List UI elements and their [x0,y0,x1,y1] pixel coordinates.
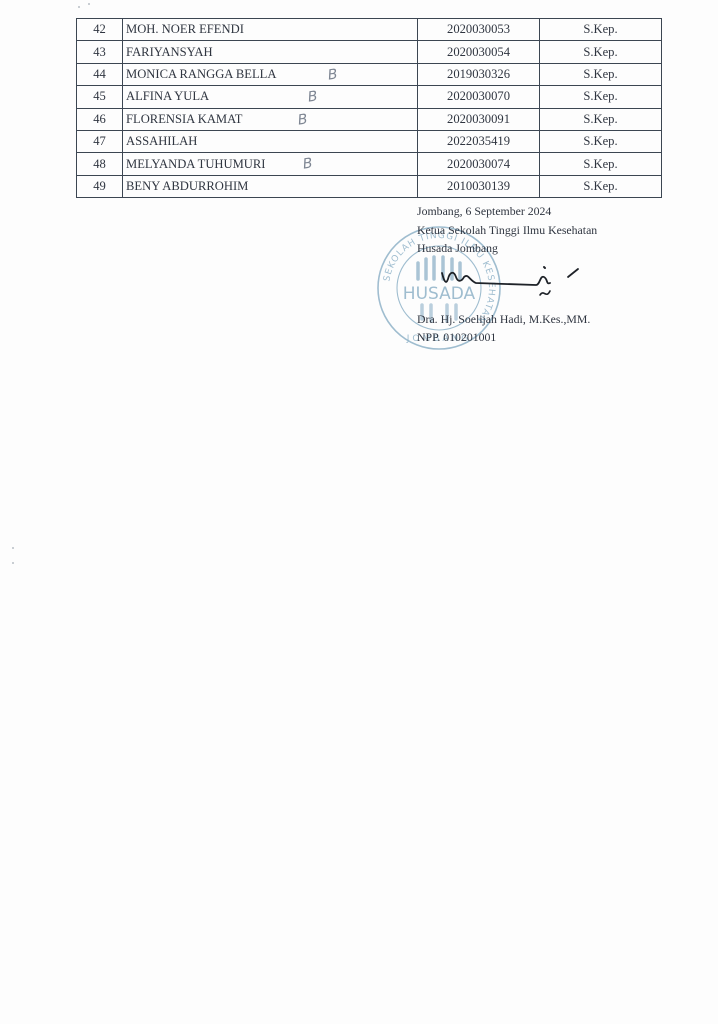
row-number: 48 [77,153,123,175]
degree-text: S.Kep. [583,67,617,81]
student-id-text: 2020030091 [447,112,510,126]
degree: S.Kep. [540,86,662,108]
student-id-text: 2020030054 [447,45,510,59]
student-name: ALFINA YULAB [123,86,418,108]
row-number-text: 49 [93,179,106,193]
degree: S.Kep. [540,108,662,130]
position-title: Ketua Sekolah Tinggi Ilmu Kesehatan [417,221,597,240]
student-name: FLORENSIA KAMATB [123,108,418,130]
student-id: 2019030326 [418,63,540,85]
degree: S.Kep. [540,175,662,197]
student-id: 2022035419 [418,130,540,152]
student-name-text: FLORENSIA KAMAT [126,112,243,126]
scan-speck [12,547,14,549]
table-row: 44MONICA RANGGA BELLAB2019030326S.Kep. [77,63,662,85]
row-number-text: 45 [93,89,106,103]
row-number-text: 47 [93,134,106,148]
student-id: 2010030139 [418,175,540,197]
degree-text: S.Kep. [583,22,617,36]
degree-text: S.Kep. [583,89,617,103]
table-row: 43FARIYANSYAH2020030054S.Kep. [77,41,662,63]
row-number: 43 [77,41,123,63]
student-name: BENY ABDURROHIM [123,175,418,197]
degree-text: S.Kep. [583,45,617,59]
degree: S.Kep. [540,153,662,175]
student-name-text: MOH. NOER EFENDI [126,22,244,36]
degree-text: S.Kep. [583,179,617,193]
table-row: 42MOH. NOER EFENDI2020030053S.Kep. [77,19,662,41]
table-row: 47ASSAHILAH2022035419S.Kep. [77,130,662,152]
row-number-text: 44 [93,67,106,81]
row-number: 44 [77,63,123,85]
student-id-text: 2022035419 [447,134,510,148]
degree: S.Kep. [540,130,662,152]
scan-speck [78,6,80,8]
student-id: 2020030053 [418,19,540,41]
row-number-text: 43 [93,45,106,59]
degree-text: S.Kep. [583,112,617,126]
degree-text: S.Kep. [583,157,617,171]
row-number: 45 [77,86,123,108]
student-id: 2020030054 [418,41,540,63]
student-id-text: 2020030074 [447,157,510,171]
row-number-text: 46 [93,112,106,126]
signatory-id: NPP. 010201001 [417,328,597,347]
student-id-text: 2020030070 [447,89,510,103]
student-id: 2020030091 [418,108,540,130]
handwritten-mark: B [297,109,309,131]
place-date: Jombang, 6 September 2024 [417,202,597,221]
student-name-text: MELYANDA TUHUMURI [126,157,266,171]
row-number: 46 [77,108,123,130]
student-name: MELYANDA TUHUMURIB [123,153,418,175]
table-row: 48MELYANDA TUHUMURIB2020030074S.Kep. [77,153,662,175]
row-number: 47 [77,130,123,152]
student-id: 2020030070 [418,86,540,108]
student-name: MOH. NOER EFENDI [123,19,418,41]
degree: S.Kep. [540,63,662,85]
student-name-text: ALFINA YULA [126,89,209,103]
student-name-text: BENY ABDURROHIM [126,179,248,193]
student-id-text: 2020030053 [447,22,510,36]
signatory-name: Dra. Hj. Soelijah Hadi, M.Kes.,MM. [417,310,597,329]
student-id: 2020030074 [418,153,540,175]
degree-text: S.Kep. [583,134,617,148]
table-row: 46FLORENSIA KAMATB2020030091S.Kep. [77,108,662,130]
row-number-text: 48 [93,157,106,171]
table-row: 49BENY ABDURROHIM2010030139S.Kep. [77,175,662,197]
degree: S.Kep. [540,19,662,41]
scan-speck [12,562,14,564]
student-name: ASSAHILAH [123,130,418,152]
table-row: 45ALFINA YULAB2020030070S.Kep. [77,86,662,108]
student-name-text: ASSAHILAH [126,134,197,148]
document-page: 42MOH. NOER EFENDI2020030053S.Kep.43FARI… [0,0,718,1024]
handwritten-mark: B [327,64,339,86]
degree: S.Kep. [540,41,662,63]
handwritten-signature-icon [440,255,590,305]
row-number-text: 42 [93,22,106,36]
row-number: 49 [77,175,123,197]
scan-speck [88,3,90,5]
student-id-text: 2019030326 [447,67,510,81]
student-id-text: 2010030139 [447,179,510,193]
handwritten-mark: B [307,87,319,109]
student-name: MONICA RANGGA BELLAB [123,63,418,85]
student-name-text: FARIYANSYAH [126,45,213,59]
student-name: FARIYANSYAH [123,41,418,63]
row-number: 42 [77,19,123,41]
handwritten-mark: B [302,154,314,176]
student-name-text: MONICA RANGGA BELLA [126,67,276,81]
graduates-table: 42MOH. NOER EFENDI2020030053S.Kep.43FARI… [76,18,662,198]
